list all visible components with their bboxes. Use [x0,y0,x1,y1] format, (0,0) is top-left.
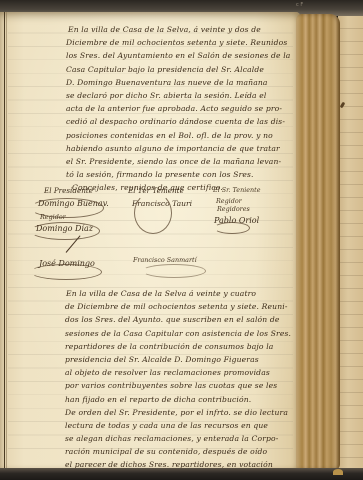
text-line: de Diciembre de mil ochocientos setenta … [65,300,291,313]
text-line: el Sr. Presidente, siendo las once de la… [66,155,290,168]
text-line: habiendo asunto alguno de importancia de… [66,142,290,155]
book-clip [333,469,343,475]
text-line: repartidores de la contribución de consu… [65,340,291,353]
text-line: Diciembre de mil ochocientos setenta y s… [66,36,290,49]
text-line: por varios contribuyentes sobre las cuot… [65,379,291,392]
signature-title-regidor: Regidor [40,213,66,221]
page-stack-edge [296,14,340,470]
text-line: han fijado en el reparto de dicha contri… [65,393,291,406]
signature-francisco-sanmarti: Francisco Sanmartí [133,256,197,264]
text-line: cedió al despacho ordinario dándose cuen… [66,115,290,128]
text-line: sesiones de la Casa Capitular con asiste… [65,327,291,340]
bottom-shadow [0,468,363,480]
signature-flourish [214,222,250,234]
signature-flourish [142,264,206,278]
signature-title-presidente: El Presidente [44,186,93,195]
text-line: D. Domingo Buenaventura las nueve de la … [66,76,290,89]
margin-rule [4,12,5,468]
text-line: posiciones contenidas en el Bol. ofl. de… [66,129,290,142]
signature-flourish [30,264,102,280]
text-line: Casa Capitular bajo la presidencia del S… [66,63,290,76]
text-line: De orden del Sr. Presidente, por el infr… [65,406,291,419]
minutes-entry-1: En la villa de Casa de la Selva, á veint… [68,23,290,194]
signature-flourish [30,222,100,240]
text-line: ración municipal de su contenido, despué… [65,445,291,458]
text-line: lectura de todas y cada una de las recur… [65,419,291,432]
signature-flourish [134,192,172,234]
text-line: tó la sesión, firmando la presente con l… [66,168,290,181]
next-page-edge [338,16,363,468]
text-line: presidencia del Sr. Alcalde D. Domingo F… [65,353,291,366]
text-line: acta de la anterior fue aprobada. Acto s… [66,102,290,115]
text-line: al objeto de resolver las reclamaciones … [65,366,291,379]
text-line: En la villa de Casa de la Selva, á veint… [68,23,290,36]
minutes-entry-2: En la villa de Casa de la Selva á veinte… [66,287,291,480]
signature-title-regidores: Regidores [217,205,250,213]
signature-title-teniente-2: El Sr. Teniente [213,186,261,194]
clip-label: c F [296,2,303,8]
signature-subtitle-regidor: Regidor [216,197,242,205]
text-line: se declaró por dicho Sr. abierta la sesi… [66,89,290,102]
text-line: dos los Sres. del Ayunto. que suscriben … [65,313,291,326]
text-line: En la villa de Casa de la Selva á veinte… [66,287,291,300]
text-line: los Sres. del Ayuntamiento en el Salón d… [66,49,290,62]
margin-rule-secondary [6,12,7,468]
text-line: se alegan dichas reclamaciones, y entera… [65,432,291,445]
